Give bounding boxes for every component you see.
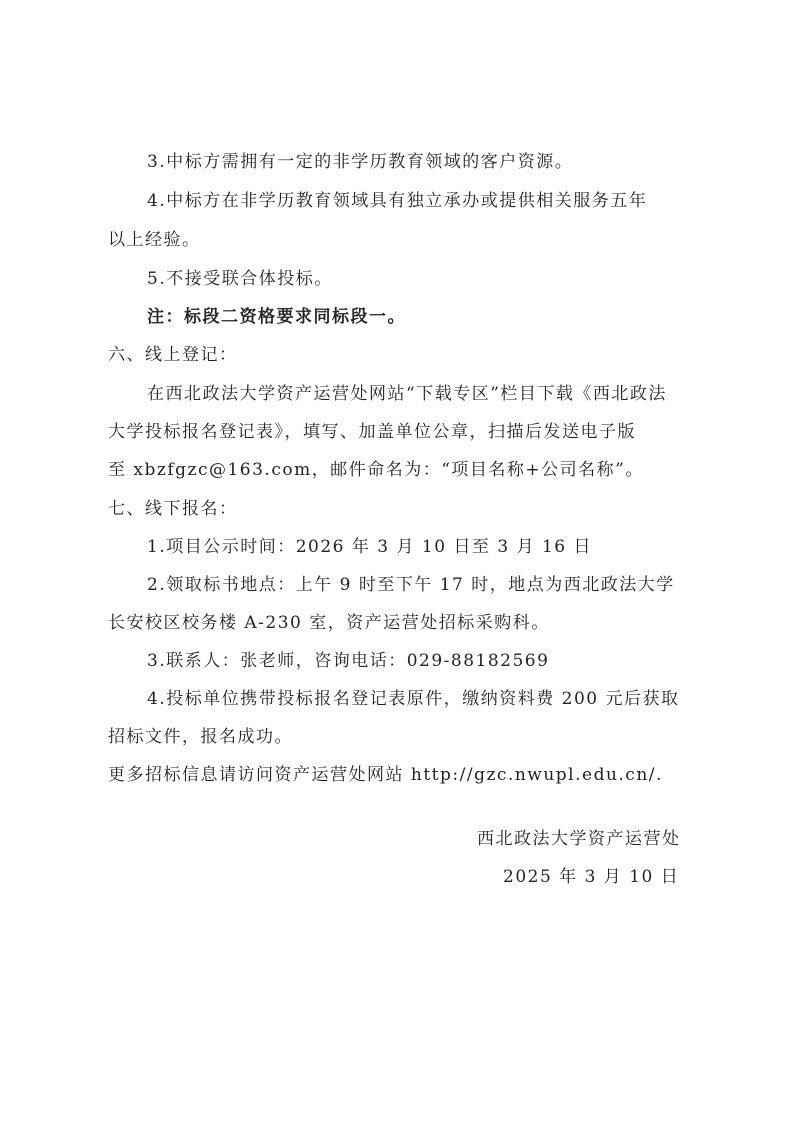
signature-date: 2025 年 3 月 10 日 [503, 865, 679, 889]
online-text-line3: 至 xbzfgzc@163.com，邮件命名为：“项目名称+公司名称”。 [108, 458, 644, 482]
online-text-line2: 大学投标报名登记表》，填写、加盖单位公章，扫描后发送电子版 [108, 420, 636, 444]
offline-item-2-line2: 长安校区校务楼 A-230 室，资产运营处招标采购科。 [108, 611, 550, 635]
signature-org: 西北政法大学资产运营处 [477, 827, 681, 851]
qualification-item-4-line2: 以上经验。 [108, 228, 201, 252]
section-offline-heading: 七、线下报名： [108, 497, 238, 521]
offline-item-3: 3.联系人：张老师，咨询电话：029-88182569 [147, 649, 549, 673]
qualification-note: 注：标段二资格要求同标段一。 [147, 305, 406, 329]
offline-item-4-line1: 4.投标单位携带投标报名登记表原件，缴纳资料费 200 元后获取 [147, 687, 679, 711]
offline-item-2-line1: 2.领取标书地点：上午 9 时至下午 17 时，地点为西北政法大学 [147, 573, 675, 597]
qualification-item-5: 5.不接受联合体投标。 [147, 267, 333, 291]
qualification-item-4-line1: 4.中标方在非学历教育领域具有独立承办或提供相关服务五年 [147, 189, 647, 213]
offline-item-4-line2: 招标文件，报名成功。 [108, 725, 293, 749]
more-info-text: 更多招标信息请访问资产运营处网站 http://gzc.nwupl.edu.cn… [108, 763, 663, 787]
section-online-heading: 六、线上登记： [108, 343, 238, 367]
qualification-item-3: 3.中标方需拥有一定的非学历教育领域的客户资源。 [147, 150, 573, 174]
offline-item-1: 1.项目公示时间：2026 年 3 月 10 日至 3 月 16 日 [147, 535, 592, 559]
online-text-line1: 在西北政法大学资产运营处网站“下载专区”栏目下载《西北政法 [147, 382, 667, 406]
